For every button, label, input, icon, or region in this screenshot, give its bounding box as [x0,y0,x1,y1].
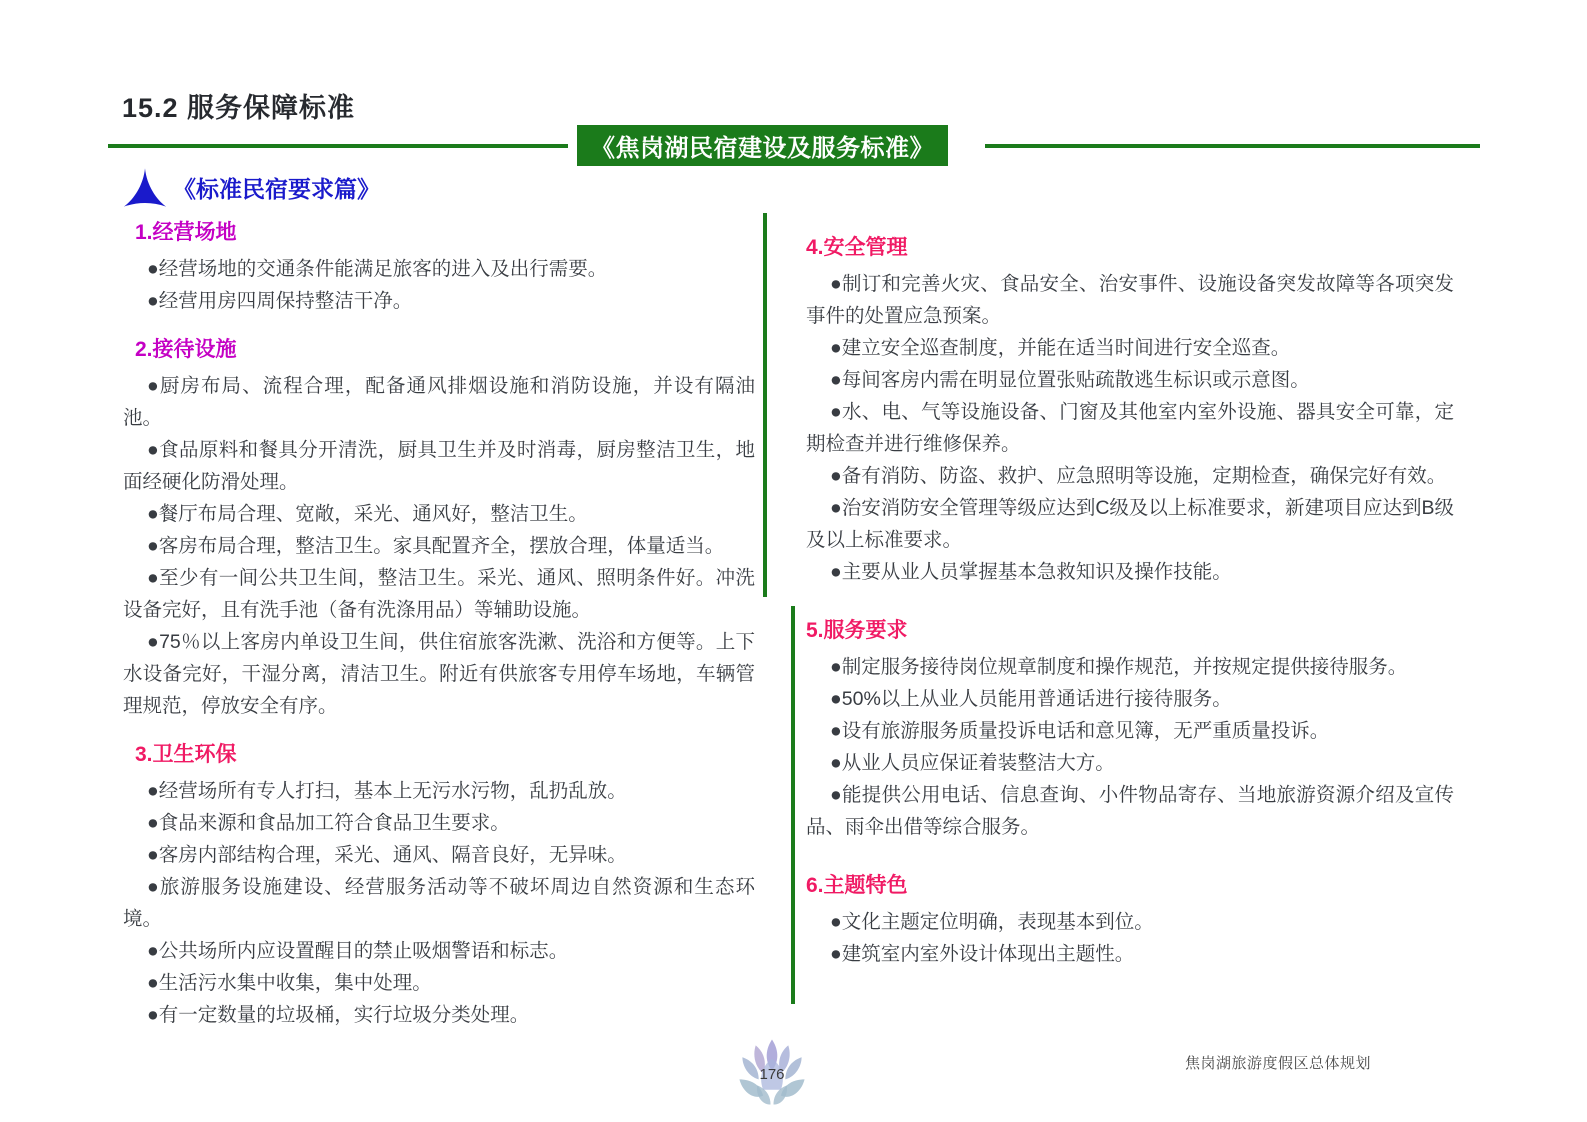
section-header-label: 《标准民宿要求篇》 [173,171,380,204]
banner-title: 《焦岗湖民宿建设及服务标准》 [577,125,948,166]
content-section: 1.经营场地●经营场地的交通条件能满足旅客的进入及出行需要。●经营用房四周保持整… [123,220,755,317]
content-section: 6.主题特色●文化主题定位明确，表现基本到位。●建筑室内室外设计体现出主题性。 [806,873,1454,970]
bullet-item: ●旅游服务设施建设、经营服务活动等不破坏周边自然资源和生态环境。 [123,871,755,935]
bullet-item: ●公共场所内应设置醒目的禁止吸烟警语和标志。 [123,935,755,967]
footer-doc-title: 焦岗湖旅游度假区总体规划 [1185,1052,1371,1073]
section-heading: 4.安全管理 [806,235,1454,261]
top-rule-right [985,144,1480,148]
bullet-item: ●文化主题定位明确，表现基本到位。 [806,906,1454,938]
bullet-item: ●经营用房四周保持整洁干净。 [123,285,755,317]
bullet-item: ●食品原料和餐具分开清洗，厨具卫生并及时消毒，厨房整洁卫生，地面经硬化防滑处理。 [123,434,755,498]
bullet-item: ●餐厅布局合理、宽敞，采光、通风好，整洁卫生。 [123,498,755,530]
bullet-item: ●至少有一间公共卫生间，整洁卫生。采光、通风、照明条件好。冲洗设备完好，且有洗手… [123,562,755,626]
bullet-item: ●每间客房内需在明显位置张贴疏散逃生标识或示意图。 [806,364,1454,396]
lotus-icon: 176 [735,1036,809,1108]
bullet-item: ●建筑室内室外设计体现出主题性。 [806,938,1454,970]
bullet-item: ●50%以上从业人员能用普通话进行接待服务。 [806,683,1454,715]
bullet-item: ●客房内部结构合理，采光、通风、隔音良好，无异味。 [123,839,755,871]
bullet-item: ●水、电、气等设施设备、门窗及其他室内室外设施、器具安全可靠，定期检查并进行维修… [806,396,1454,460]
bullet-item: ●治安消防安全管理等级应达到C级及以上标准要求，新建项目应达到B级及以上标准要求… [806,492,1454,556]
triangle-icon [123,167,167,207]
column-divider-bottom [791,606,795,1004]
right-column: 4.安全管理●制订和完善火灾、食品安全、治安事件、设施设备突发故障等各项突发事件… [806,235,1454,1000]
left-column: 1.经营场地●经营场地的交通条件能满足旅客的进入及出行需要。●经营用房四周保持整… [123,220,755,1051]
bullet-item: ●备有消防、防盗、救护、应急照明等设施，定期检查，确保完好有效。 [806,460,1454,492]
bullet-item: ●能提供公用电话、信息查询、小件物品寄存、当地旅游资源介绍及宣传品、雨伞出借等综… [806,779,1454,843]
bullet-item: ●客房布局合理，整洁卫生。家具配置齐全，摆放合理，体量适当。 [123,530,755,562]
bullet-item: ●主要从业人员掌握基本急救知识及操作技能。 [806,556,1454,588]
content-section: 4.安全管理●制订和完善火灾、食品安全、治安事件、设施设备突发故障等各项突发事件… [806,235,1454,588]
bullet-item: ●建立安全巡查制度，并能在适当时间进行安全巡查。 [806,332,1454,364]
section-heading: 1.经营场地 [135,220,755,246]
section-heading: 3.卫生环保 [135,742,755,768]
bullet-item: ●有一定数量的垃圾桶，实行垃圾分类处理。 [123,999,755,1031]
page-title: 15.2 服务保障标准 [122,86,355,125]
bullet-item: ●制订和完善火灾、食品安全、治安事件、设施设备突发故障等各项突发事件的处置应急预… [806,268,1454,332]
section-heading: 6.主题特色 [806,873,1454,899]
bullet-item: ●厨房布局、流程合理，配备通风排烟设施和消防设施，并设有隔油池。 [123,370,755,434]
bullet-item: ●生活污水集中收集，集中处理。 [123,967,755,999]
bullet-item: ●食品来源和食品加工符合食品卫生要求。 [123,807,755,839]
bullet-item: ●经营场所有专人打扫，基本上无污水污物，乱扔乱放。 [123,775,755,807]
bullet-item: ●制定服务接待岗位规章制度和操作规范，并按规定提供接待服务。 [806,651,1454,683]
column-divider-top [763,213,767,597]
content-section: 2.接待设施●厨房布局、流程合理，配备通风排烟设施和消防设施，并设有隔油池。●食… [123,337,755,722]
bullet-item: ●从业人员应保证着装整洁大方。 [806,747,1454,779]
bullet-item: ●经营场地的交通条件能满足旅客的进入及出行需要。 [123,253,755,285]
content-section: 5.服务要求●制定服务接待岗位规章制度和操作规范，并按规定提供接待服务。●50%… [806,618,1454,843]
top-rule-left [108,144,568,148]
content-section: 3.卫生环保●经营场所有专人打扫，基本上无污水污物，乱扔乱放。●食品来源和食品加… [123,742,755,1031]
section-heading: 2.接待设施 [135,337,755,363]
section-header: 《标准民宿要求篇》 [123,167,380,207]
bullet-item: ●设有旅游服务质量投诉电话和意见簿，无严重质量投诉。 [806,715,1454,747]
section-heading: 5.服务要求 [806,618,1454,644]
page-number: 176 [735,1066,809,1083]
bullet-item: ●75％以上客房内单设卫生间，供住宿旅客洗漱、洗浴和方便等。上下水设备完好，干湿… [123,626,755,722]
